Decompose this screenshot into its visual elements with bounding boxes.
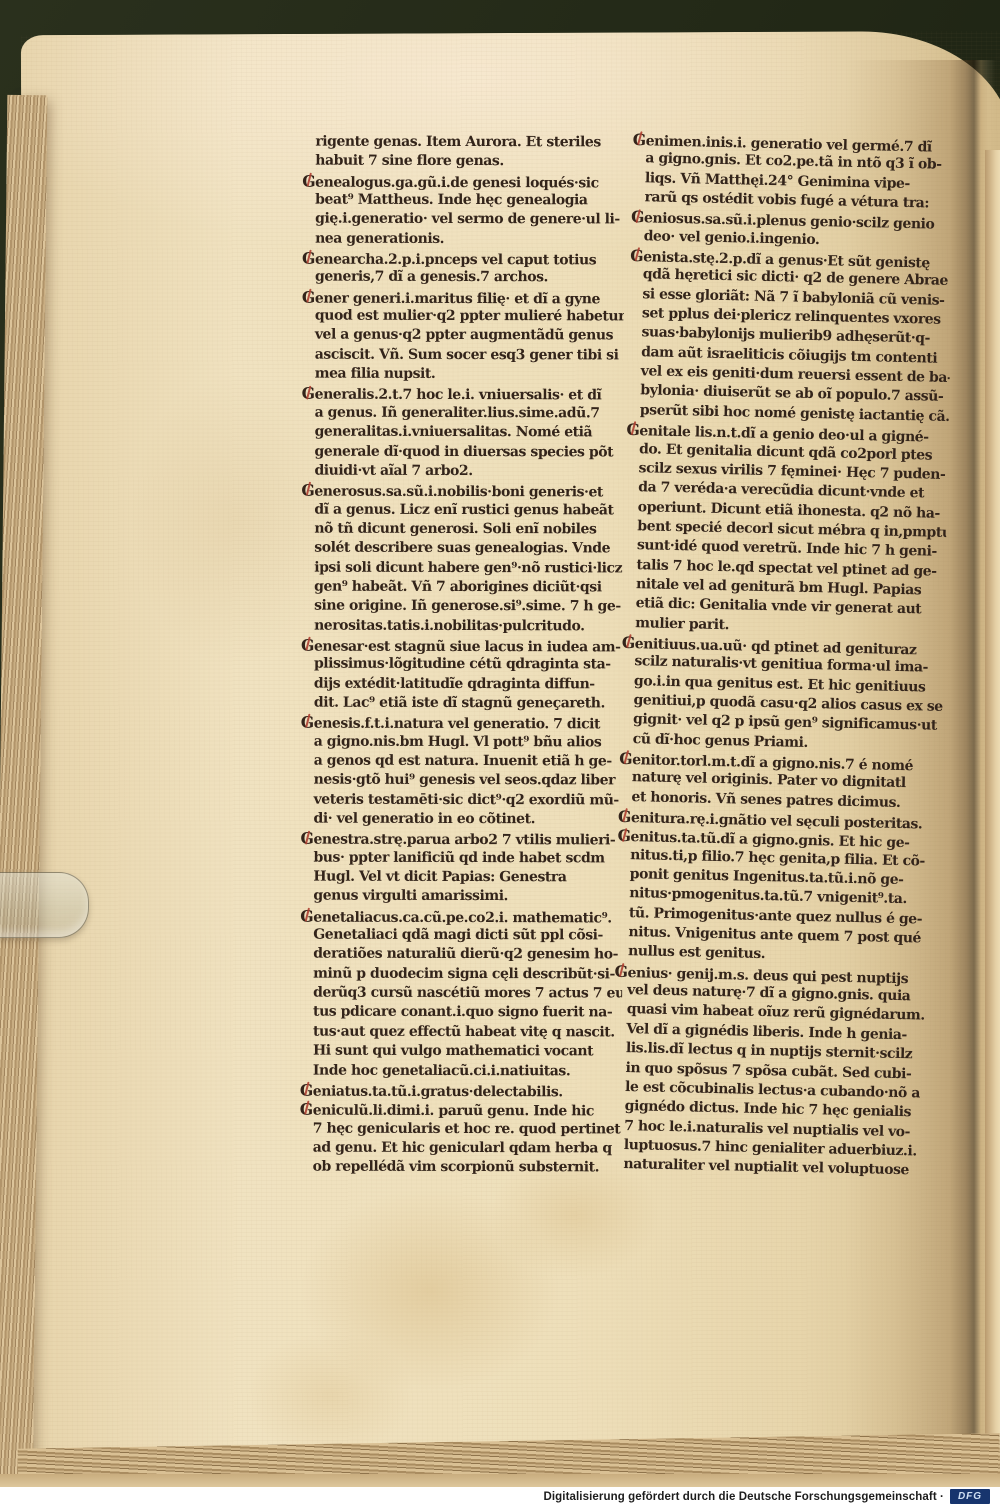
text-line: mea filia nupsit.: [302, 365, 624, 385]
text-line: sine origine. Iñ generose.si⁹.sime. 7 h …: [301, 597, 623, 617]
text-line: gen⁹ habeãt. Vñ 7 aborigines diciũt·qsi: [301, 577, 623, 597]
text-line: plissimus·lõgitudine cétũ qdraginta sta-: [301, 655, 623, 675]
text-line: dijs extédit·latitudĩe qdraginta diffun-: [301, 674, 623, 694]
text-line: a gigno.nis.bm Hugl. Vl pott⁹ bñu alios: [301, 732, 623, 752]
rubricated-initial: G: [302, 171, 315, 190]
digitized-page-scan: rigente genas. Item Aurora. Et sterilesh…: [0, 0, 1000, 1506]
rubricated-initial: G: [300, 906, 313, 925]
text-column-right: Genimen.inis.i. generatio vel germé.7 dĩ…: [610, 130, 955, 1181]
dictionary-entry-line: Genestra.strę.parua arbo2 7 vtilis mulie…: [300, 829, 622, 849]
rubricated-initial: G: [630, 246, 643, 266]
rubricated-initial: G: [631, 207, 644, 227]
text-line: diuidi·vt aĩal 7 arbo2.: [301, 461, 623, 481]
text-line: generis,7 dĩ a genesis.7 archos.: [302, 268, 624, 288]
text-line: nesis·gtõ hui⁹ genesis vel seos.qdaz lib…: [301, 771, 623, 791]
dictionary-entry-line: Genesar·est stagnũ siue lacus in iudea a…: [301, 636, 623, 656]
dictionary-entry-line: Genealogus.ga.gũ.i.de genesi loqués·sic: [302, 171, 624, 191]
text-line: beat⁹ Mattheus. Inde hęc genealogia: [302, 191, 624, 211]
text-line: dĩ a genus. Licz enĩ rustici genus habeã…: [301, 500, 623, 520]
rubricated-initial: G: [301, 713, 314, 732]
rubricated-initial: G: [617, 826, 630, 846]
text-column-left: rigente genas. Item Aurora. Et sterilesh…: [300, 133, 625, 1178]
text-line: ipsi soli dicunt habere gen⁹·nõ rustici·…: [301, 558, 623, 578]
text-line: Genetaliaci qdã magi dicti sũt ppl cõsi-: [300, 926, 622, 946]
text-line: Hi sunt qui vulgo mathematici vocant: [300, 1042, 622, 1062]
facing-page-edge: [985, 150, 1000, 1476]
page-holder-clip: [0, 872, 89, 938]
text-line: dit. Lac⁹ etiã iste dĩ stagnũ geneçareth…: [301, 694, 623, 714]
text-line: di· vel generatio in eo cõtinet.: [301, 810, 623, 830]
text-line: nerositas.tatis.i.nobilitas·pulcritudo.: [301, 616, 623, 636]
text-line: vel a genus·q2 ppter augmentãdũ genus: [302, 326, 624, 346]
text-line: a genos qd est natura. Inuenit etiã h ge…: [301, 752, 623, 772]
text-line: rigente genas. Item Aurora. Et steriles: [302, 133, 624, 153]
rubricated-initial: G: [626, 420, 639, 440]
rubricated-initial: G: [301, 636, 314, 655]
text-line: Hugl. Vel vt dicit Papias: Genestra: [300, 868, 622, 888]
rubricated-initial: G: [300, 1080, 313, 1099]
text-line: tus·aut quez effectũ habeat vitę q nasci…: [300, 1022, 622, 1042]
dictionary-entry-line: Generalis.2.t.7 hoc le.i. vniuersalis· e…: [302, 384, 624, 404]
text-line: Inde hoc genetaliacũ.ci.i.natiuitas.: [300, 1061, 622, 1081]
digitization-footer-bar: Digitalisierung gefördert durch die Deut…: [0, 1487, 1000, 1506]
dictionary-entry-line: Generosus.sa.sũ.i.nobilis·boni generis·e…: [301, 481, 623, 501]
rubricated-initial: G: [301, 481, 314, 500]
text-line: quod est mulier·q2 ppter mulieré habetur: [302, 307, 624, 327]
dictionary-entry-line: Genearcha.2.p.i.pnceps vel caput totius: [302, 249, 624, 269]
text-line: deratiões naturaliũ dierũ·q2 genesim ho-: [300, 945, 622, 965]
text-line: minũ p duodecim signa cęli describũt·si-: [300, 964, 622, 984]
text-line: ad genu. Et hic genicularl qdam herba q: [300, 1138, 622, 1158]
dictionary-entry-line: Genetaliacus.ca.cũ.pe.co2.i. mathematic⁹…: [300, 906, 622, 926]
rubricated-initial: G: [614, 962, 627, 982]
rubricated-initial: G: [619, 749, 632, 769]
text-line: ob repellédã vim scorpionũ substernit.: [300, 1158, 622, 1178]
rubricated-initial: G: [300, 829, 313, 848]
digitization-credit: Digitalisierung gefördert durch die Deut…: [543, 1491, 944, 1503]
text-line: a genus. Iñ generaliter.lius.sime.adũ.7: [302, 403, 624, 423]
text-line: asciscit. Vñ. Sum socer esq3 gener tibi …: [302, 345, 624, 365]
text-line: generalitas.i.vniuersalitas. Nomé etiã: [302, 423, 624, 443]
text-line: tus pdicare conant.i.quo signo fuerit na…: [300, 1003, 622, 1023]
dictionary-entry-line: Geniculũ.li.dimi.i. paruũ genu. Inde hic: [300, 1100, 622, 1120]
text-line: gię.i.generatio· vel sermo de genere·ul …: [302, 210, 624, 230]
text-line: bus· ppter lanificiũ qd inde habet scdm: [300, 848, 622, 868]
text-line: solét describere suas genealogias. Vnde: [301, 539, 623, 559]
text-line: nõ tñ dicunt generosi. Soli enĩ nobiles: [301, 519, 623, 539]
rubricated-initial: G: [302, 287, 315, 306]
dictionary-entry-line: Geniatus.ta.tũ.i.gratus·delectabilis.: [300, 1080, 622, 1100]
rubricated-initial: G: [300, 1100, 313, 1119]
dfg-logo: DFG: [950, 1489, 990, 1504]
text-line: derũq3 cursũ nascétiũ mores 7 actus 7 eu…: [300, 984, 622, 1004]
rubricated-initial: G: [302, 249, 315, 268]
dictionary-entry-line: Gener generi.i.maritus filię· et dĩ a gy…: [302, 287, 624, 307]
rubricated-initial: G: [633, 130, 646, 150]
text-line: nea generationis.: [302, 229, 624, 249]
text-line: habuit 7 sine flore genas.: [302, 152, 624, 172]
dictionary-entry-line: Genesis.f.t.i.natura vel generatio. 7 di…: [301, 713, 623, 733]
text-line: generale dĩ·quod in diuersas species põt: [302, 442, 624, 462]
rubricated-initial: G: [302, 384, 315, 403]
text-line: veteris testamēti·sic dict⁹·q2 exordiũ m…: [301, 790, 623, 810]
rubricated-initial: G: [622, 633, 635, 653]
text-line: 7 hęc genicularis et hoc re. quod pertin…: [300, 1119, 622, 1139]
rubricated-initial: G: [618, 807, 631, 827]
text-line: genus virgulti amarissimi.: [300, 887, 622, 907]
